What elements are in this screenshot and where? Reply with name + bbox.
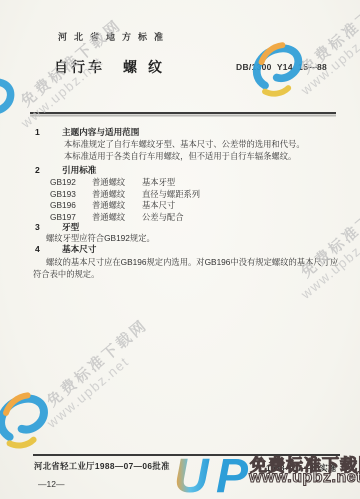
paragraph-line: 本标准规定了自行车螺纹牙型、基本尺寸、公差带的选用和代号。 (64, 138, 305, 150)
ref-name: 公差与配合 (142, 212, 184, 222)
header-org-label: 河北省地方标准 (58, 30, 170, 43)
watermark-site-name: 免费标准下载网 (42, 314, 152, 411)
ref-type: 普通螺纹 (92, 211, 142, 223)
title-product: 自行车 (54, 57, 105, 77)
ref-type: 普通螺纹 (92, 176, 142, 188)
paragraph-line: 螺纹的基本尺寸应在GB196规定内选用。对GB196中没有规定螺纹的基本尺寸应 (46, 256, 338, 268)
section-number: 3 (35, 222, 62, 232)
ref-code: GB192 (50, 177, 92, 187)
implementation-text: 1988—07—15实施 (266, 462, 336, 474)
document-page: 免费标准下载网 www.upbz.net 免费标准下载网 www.upbz.ne… (0, 0, 360, 499)
up-logo: U P (172, 450, 277, 499)
section-heading: 2引用标准 (35, 164, 96, 176)
reference-row: GB192普通螺纹基本牙型 (50, 176, 175, 188)
up-swirl-icon (0, 72, 22, 132)
section-heading: 4基本尺寸 (35, 243, 96, 255)
approval-text: 河北省轻工业厅1988—07—06批准 (34, 460, 170, 472)
watermark-site-url: www.upbz.net (298, 200, 360, 301)
watermark-site-url: www.upbz.net (18, 29, 135, 130)
top-rule (30, 112, 336, 114)
watermark-site-url: www.upbz.net (44, 329, 161, 430)
watermark-diagonal: 免费标准下载网 www.upbz.net (296, 185, 360, 293)
up-logo-p: P (216, 450, 249, 499)
standard-number: DB/1300 Y14 15—88 (236, 62, 327, 72)
section-title: 引用标准 (62, 165, 96, 175)
ref-name: 基本尺寸 (142, 200, 175, 210)
watermark-diagonal: 免费标准下载网 www.upbz.net (296, 0, 360, 89)
title-subject: 螺纹 (123, 57, 173, 77)
watermark-site-url: www.upbz.net (298, 0, 360, 98)
paragraph-line: 符合表中的规定。 (33, 268, 99, 280)
section-number: 4 (35, 244, 62, 254)
section-number: 1 (35, 127, 62, 137)
reference-row: GB193普通螺纹直径与螺距系列 (50, 188, 200, 200)
page-number: —12— (38, 479, 64, 489)
ref-type: 普通螺纹 (92, 199, 142, 211)
ref-type: 普通螺纹 (92, 188, 142, 200)
up-logo-u: U (174, 450, 210, 499)
section-heading: 1主题内容与适用范围 (35, 126, 139, 138)
reference-row: GB196普通螺纹基本尺寸 (50, 199, 175, 211)
ref-code: GB193 (50, 189, 92, 199)
section-title: 基本尺寸 (62, 244, 96, 254)
footer-rule (33, 454, 340, 456)
document-title: 自行车 螺纹 (54, 57, 173, 77)
section-title: 牙型 (62, 222, 79, 232)
paragraph-line: 本标准适用于各类自行车用螺纹，但不适用于自行车辐条螺纹。 (64, 150, 296, 162)
ref-name: 基本牙型 (142, 177, 175, 187)
section-number: 2 (35, 165, 62, 175)
watermark-diagonal: 免费标准下载网 www.upbz.net (42, 314, 161, 422)
section-title: 主题内容与适用范围 (62, 127, 139, 137)
up-swirl-icon (0, 388, 56, 452)
ref-name: 直径与螺距系列 (142, 189, 200, 199)
ref-code: GB197 (50, 212, 92, 222)
ref-code: GB196 (50, 200, 92, 210)
